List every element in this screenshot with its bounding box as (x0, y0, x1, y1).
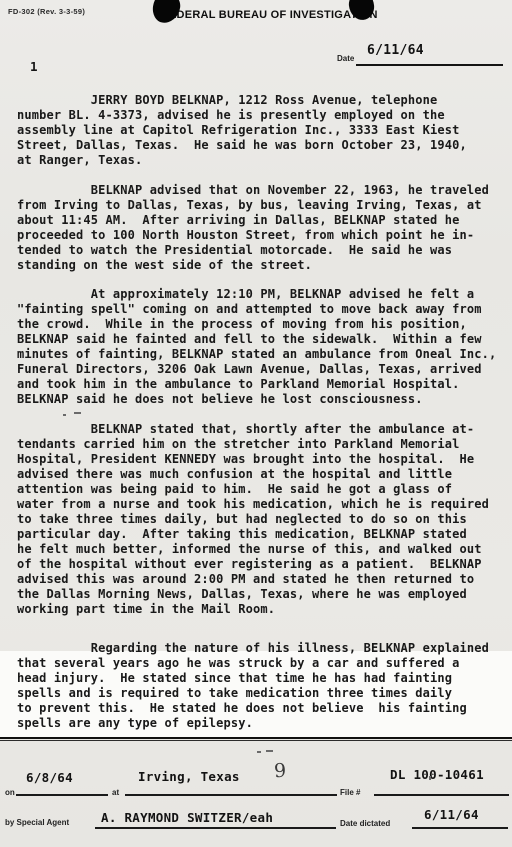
file-number-underline (374, 794, 509, 796)
paragraph-illness-history: Regarding the nature of his illness, BEL… (17, 641, 489, 731)
date-label: Date (337, 54, 354, 63)
interview-location-value: Irving, Texas (138, 769, 240, 784)
ink-blot-icon (151, 0, 182, 25)
scan-speck (266, 750, 273, 752)
file-number-value: DL 100-10461 (390, 767, 484, 782)
special-agent-underline (95, 827, 336, 829)
paragraph-fainting-spell: At approximately 12:10 PM, BELKNAP advis… (17, 287, 496, 407)
date-dictated-value: 6/11/64 (424, 807, 479, 822)
on-label: on (5, 788, 15, 797)
scan-speck (429, 776, 431, 780)
special-agent-value: A. RAYMOND SWITZER/eah (101, 810, 273, 825)
paragraph-hospital-account: BELKNAP stated that, shortly after the a… (17, 422, 489, 617)
paragraph-belknap-intro: JERRY BOYD BELKNAP, 1212 Ross Avenue, te… (17, 93, 467, 168)
date-dictated-underline (412, 827, 508, 829)
file-number-label: File # (340, 788, 360, 797)
special-agent-label: by Special Agent (5, 818, 69, 827)
scan-speck (74, 412, 81, 414)
date-underline (356, 64, 503, 66)
form-number: FD-302 (Rev. 3-3-59) (8, 7, 85, 16)
scan-speck (257, 751, 261, 753)
footer-divider (0, 737, 512, 741)
paragraph-travel-to-dallas: BELKNAP advised that on November 22, 196… (17, 183, 489, 273)
fd302-document-page: FD-302 (Rev. 3-3-59) FEDERAL BUREAU OF I… (0, 0, 512, 847)
scan-speck (63, 414, 66, 416)
at-label: at (112, 788, 119, 797)
date-value: 6/11/64 (367, 43, 424, 58)
at-underline (125, 794, 337, 796)
date-dictated-label: Date dictated (340, 819, 390, 828)
interview-date-value: 6/8/64 (26, 770, 73, 785)
on-underline (16, 794, 108, 796)
page-stamp: 9 (273, 760, 286, 783)
page-number: 1 (30, 59, 38, 74)
bureau-title: FEDERAL BUREAU OF INVESTIGATION (162, 9, 378, 21)
